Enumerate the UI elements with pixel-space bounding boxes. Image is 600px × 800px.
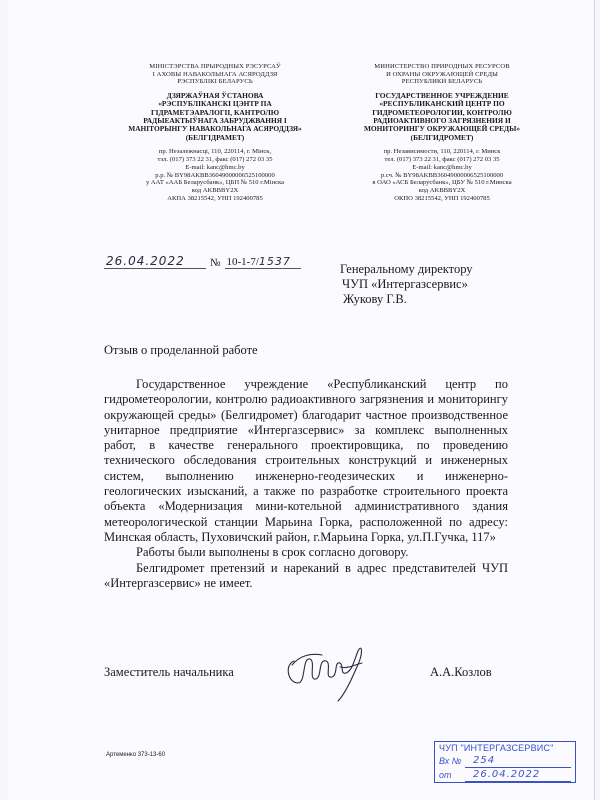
org-line: (БЕЛГИДРОМЕТ) [322, 134, 562, 142]
contact-line: р.сч. № BY98AKBB36049000006525100000 [322, 172, 562, 180]
body-paragraph: Белгидромет претензий и нареканий в адре… [104, 561, 508, 592]
ministry-line: МИНИСТЕРСТВО ПРИРОДНЫХ РЕСУРСОВ [322, 63, 562, 71]
signatory-title: Заместитель начальника [104, 665, 234, 680]
contact-email: E-mail: kanc@hmc.by [322, 164, 562, 172]
org-line: (БЕЛГІДРАМЕТ) [100, 134, 330, 142]
letterhead-russian: МИНИСТЕРСТВО ПРИРОДНЫХ РЕСУРСОВ И ОХРАНЫ… [322, 63, 562, 203]
stamp-number-row: Вх № 254 [439, 754, 571, 768]
contact-line: код AKBBBY2X [322, 187, 562, 195]
stamp-date-label: от [439, 769, 465, 782]
executor-contact: Артеменко 373-13-60 [106, 752, 165, 758]
contacts-ru: пр. Независимости, 110, 220114, г. Минск… [322, 148, 562, 203]
recipient-company: ЧУП «Интергазсервис» [340, 277, 473, 292]
ministry-line: РЕСПУБЛИКИ БЕЛАРУСЬ [322, 78, 562, 86]
recipient-name: Жукову Г.В. [340, 292, 473, 307]
stamp-number-value: 254 [465, 754, 571, 768]
contact-line: АКПА 38215542, УНП 192400785 [100, 195, 330, 203]
letterhead-belarusian: МІНІСТЭРСТВА ПРЫРОДНЫХ РЭСУРСАЎ І АХОВЫ … [100, 63, 330, 203]
ministry-name-ru: МИНИСТЕРСТВО ПРИРОДНЫХ РЕСУРСОВ И ОХРАНЫ… [322, 63, 562, 86]
ministry-line: І АХОВЫ НАВАКОЛЬНАГА АСЯРОДДЗЯ [100, 71, 330, 79]
ministry-line: МІНІСТЭРСТВА ПРЫРОДНЫХ РЭСУРСАЎ [100, 63, 330, 71]
contact-line: в ОАО «АСБ Беларусбанк», ЦБУ № 510 г.Мин… [322, 179, 562, 187]
number-printed: 10-1-7/ [227, 256, 259, 268]
contact-line: р.р. № BY98AKBB36049000006525100000 [100, 172, 330, 180]
incoming-registration-stamp: ЧУП "ИНТЕРГАЗСЕРВИС" Вх № 254 от 26.04.2… [434, 741, 576, 783]
outgoing-date: 26.04.2022 [104, 254, 206, 269]
contact-line: у ААТ «ААБ Беларусбанк», ЦБП № 510 г.Мін… [100, 179, 330, 187]
contact-line: тел. (017) 373 22 31, факс (017) 272 03 … [322, 156, 562, 164]
letter-body: Государственное учреждение «Республиканс… [104, 377, 508, 591]
ministry-line: И ОХРАНЫ ОКРУЖАЮЩЕЙ СРЕДЫ [322, 71, 562, 79]
contacts-by: пр. Незалежнасці, 110, 220114, г. Мінск,… [100, 148, 330, 203]
signatory-name: А.А.Козлов [430, 665, 492, 680]
recipient-block: Генеральному директору ЧУП «Интергазсерв… [340, 262, 473, 307]
organization-name-by: ДЗЯРЖАЎНАЯ ЎСТАНОВА «РЭСПУБЛІКАНСКІ ЦЭНТ… [100, 92, 330, 142]
number-handwritten: 1537 [259, 255, 291, 268]
handwritten-signature-icon [282, 643, 372, 703]
stamp-company: ЧУП "ИНТЕРГАЗСЕРВИС" [439, 743, 571, 754]
ministry-name-by: МІНІСТЭРСТВА ПРЫРОДНЫХ РЭСУРСАЎ І АХОВЫ … [100, 63, 330, 86]
contact-line: тэл. (017) 373 22 31, факс (017) 272 03 … [100, 156, 330, 164]
stamp-date-row: от 26.04.2022 [439, 768, 571, 782]
recipient-position: Генеральному директору [340, 262, 473, 277]
contact-line: пр. Незалежнасці, 110, 220114, г. Мінск, [100, 148, 330, 156]
body-paragraph: Государственное учреждение «Республиканс… [104, 377, 508, 545]
contact-line: ОКПО 38215542, УНП 192400785 [322, 195, 562, 203]
outgoing-number: 10-1-7/1537 [225, 255, 301, 269]
contact-line: код AKBBBY2X [100, 187, 330, 195]
reference-line: 26.04.2022 № 10-1-7/1537 [104, 254, 301, 269]
letter-subject: Отзыв о проделанной работе [104, 343, 258, 358]
organization-name-ru: ГОСУДАРСТВЕННОЕ УЧРЕЖДЕНИЕ «РЕСПУБЛИКАНС… [322, 92, 562, 142]
stamp-number-label: Вх № [439, 755, 465, 768]
body-paragraph: Работы были выполнены в срок согласно до… [104, 545, 508, 560]
contact-line: пр. Независимости, 110, 220114, г. Минск [322, 148, 562, 156]
number-label: № [210, 257, 221, 269]
contact-email: E-mail: kanc@hmc.by [100, 164, 330, 172]
stamp-date-value: 26.04.2022 [465, 768, 571, 782]
ministry-line: РЭСПУБЛІКІ БЕЛАРУСЬ [100, 78, 330, 86]
